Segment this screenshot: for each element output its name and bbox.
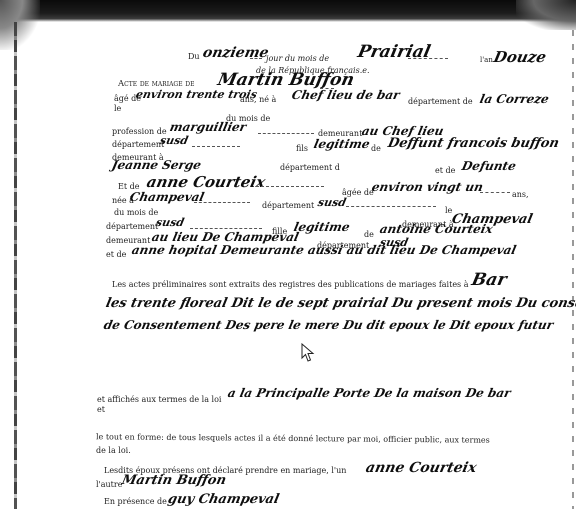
- du-label: Du: [188, 52, 200, 61]
- ans-ne-label: ans, né à: [240, 95, 276, 104]
- publications-line1: les trente floreal Dit le de sept prairi…: [104, 296, 576, 311]
- departement2-label: département: [112, 140, 164, 149]
- autre-label: l'autre: [96, 480, 122, 489]
- spouse1: anne Courteix: [364, 460, 478, 476]
- bride-departement2: susd: [155, 216, 186, 229]
- bride-du-mois-label: du mois de: [114, 208, 158, 217]
- fill-line: [258, 133, 314, 134]
- page-right-edge: [572, 30, 574, 509]
- de-la-loi: de la loi.: [96, 446, 131, 455]
- profession-label: profession de: [112, 127, 167, 136]
- month-entry: Prairial: [356, 42, 432, 62]
- publications-line2: de Consentement Des pere le mere Du dit …: [103, 318, 555, 332]
- publications-intro: Les actes préliminaires sont extraits de…: [112, 280, 468, 289]
- bride-filiation: legitime: [293, 220, 352, 234]
- witness-name: guy Champeval: [166, 492, 280, 507]
- bride-father-residence: au lieu De Champeval: [151, 230, 301, 244]
- departement3-label: département d: [280, 163, 340, 172]
- fill-line: [256, 186, 324, 187]
- groom-filiation: legitime: [313, 137, 372, 151]
- fill-line: [250, 58, 262, 59]
- fils-label: fils: [296, 144, 308, 153]
- bride-father: antoine Courteix: [379, 222, 495, 236]
- departement-label: département de: [408, 97, 473, 106]
- fill-line: [190, 228, 262, 229]
- fill-line: [480, 192, 510, 193]
- groom-birthplace: Chef lieu de bar: [291, 88, 402, 102]
- an-label: l'an: [480, 56, 493, 64]
- de-label: de: [371, 144, 381, 153]
- affiches-label: et affichés aux termes de la loi: [97, 395, 221, 404]
- fill-line: [194, 202, 250, 203]
- publications-place: Bar: [470, 270, 509, 290]
- page-binding-edge: [14, 22, 17, 509]
- et-de-label: et de: [435, 166, 455, 175]
- groom-name: Martin Buffon: [216, 70, 356, 90]
- bride-departement-label: département: [262, 201, 314, 210]
- bride-name: anne Courteix: [145, 173, 267, 191]
- et-label: et: [97, 405, 105, 414]
- groom-profession: marguillier: [169, 120, 248, 134]
- spouse2: Martin Buffon: [120, 473, 227, 488]
- bride-et-de-label2: et de: [106, 250, 126, 259]
- jour-label: jour du mois de: [266, 54, 329, 63]
- year-entry: Douze: [492, 48, 548, 66]
- fill-line: [192, 146, 240, 147]
- groom-mother-status: Defunte: [461, 159, 518, 173]
- bride-departement2-label: département: [106, 222, 158, 231]
- bride-mother: anne hopital Demeurante aussi au dit lie…: [131, 243, 518, 257]
- groom-departement: la Correze: [479, 92, 551, 106]
- fill-line: [408, 58, 448, 59]
- bride-departement: susd: [317, 196, 348, 209]
- le-label: le: [114, 104, 121, 113]
- bride-age: environ vingt un: [371, 180, 485, 194]
- presence-label: En présence de: [104, 497, 167, 506]
- scan-corner-shadow-right: [516, 0, 576, 30]
- groom-father: Deffunt francois buffon: [386, 136, 560, 151]
- lecture-text: le tout en forme: de tous lesquels actes…: [96, 432, 490, 444]
- scan-corner-shadow-left: [0, 0, 40, 50]
- scan-top-shadow: [0, 0, 576, 22]
- bride-ans-label: ans,: [512, 190, 529, 199]
- mouse-pointer-icon: [301, 343, 315, 363]
- bride-de-label: de: [364, 230, 374, 239]
- groom-departement2: susd: [159, 134, 190, 147]
- groom-mother: Jeanne Serge: [111, 158, 203, 172]
- affiches-place: a la Principalle Porte De la maison De b…: [227, 386, 513, 400]
- bride-le-label: le: [445, 206, 452, 215]
- fill-line: [346, 206, 436, 207]
